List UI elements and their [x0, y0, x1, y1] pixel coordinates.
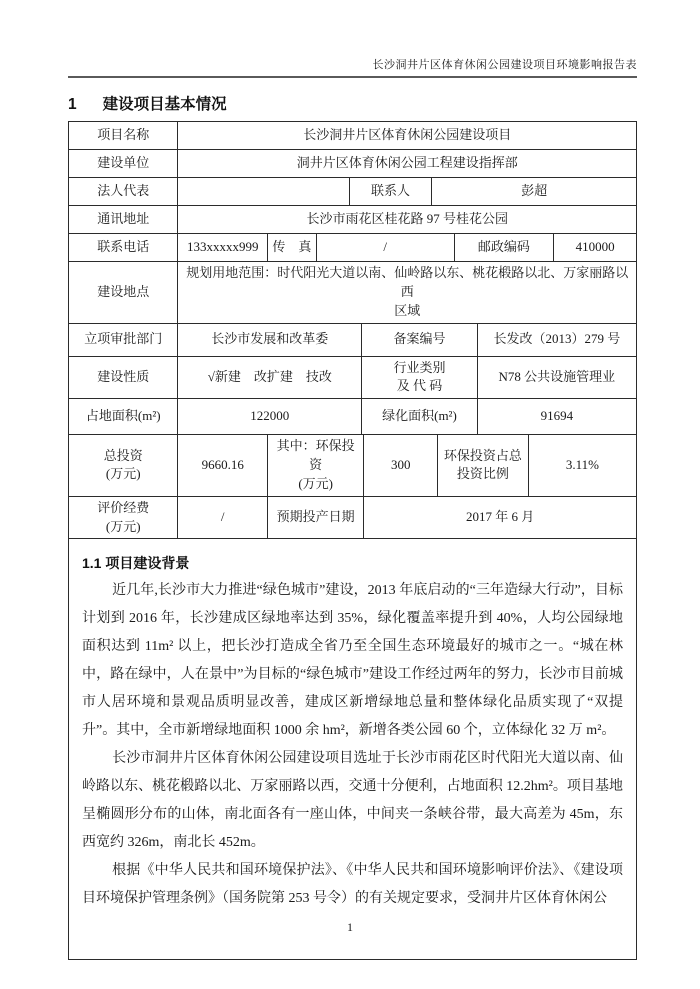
value-approval-department: 长沙市发展和改革委 [178, 324, 362, 357]
row-contact-phone: 联系电话 133xxxxx999 传 真 / 邮政编码 410000 [69, 234, 636, 262]
label-construction-site: 建设地点 [69, 262, 178, 324]
row-project-name: 项目名称 长沙洞井片区体育休闲公园建设项目 [69, 122, 636, 150]
value-record-number: 长发改（2013）279 号 [478, 324, 636, 357]
value-construction-nature: √新建 改扩建 技改 [178, 357, 362, 400]
row-construction-nature: 建设性质 √新建 改扩建 技改 行业类别 及 代 码 N78 公共设施管理业 [69, 357, 636, 400]
label-project-name: 项目名称 [69, 122, 178, 150]
section-number: 1 [68, 96, 77, 113]
page-header-title: 长沙洞井片区体育休闲公园建设项目环境影响报告表 [68, 56, 637, 78]
value-land-area: 122000 [178, 399, 362, 435]
label-expected-production-date: 预期投产日期 [268, 497, 364, 540]
row-construction-site: 建设地点 规划用地范围：时代阳光大道以南、仙岭路以东、桃花椴路以北、万家丽路以西… [69, 262, 636, 324]
value-industry-category: N78 公共设施管理业 [478, 357, 636, 400]
value-legal-representative [178, 178, 349, 206]
label-approval-department: 立项审批部门 [69, 324, 178, 357]
value-fax: / [317, 234, 455, 262]
label-total-investment: 总投资 (万元) [69, 435, 178, 497]
value-green-area: 91694 [478, 399, 636, 435]
row-total-investment: 总投资 (万元) 9660.16 其中：环保投资 (万元) 300 环保投资占总… [69, 435, 636, 497]
row-construction-unit: 建设单位 洞井片区体育休闲公园工程建设指挥部 [69, 150, 636, 178]
value-environmental-investment: 300 [364, 435, 438, 497]
value-contact-phone: 133xxxxx999 [178, 234, 268, 262]
value-mailing-address: 长沙市雨花区桂花路 97 号桂花公园 [178, 206, 636, 234]
label-environmental-investment-ratio: 环保投资占总 投资比例 [438, 435, 529, 497]
value-construction-site: 规划用地范围：时代阳光大道以南、仙岭路以东、桃花椴路以北、万家丽路以西 区域 [178, 262, 636, 324]
value-contact-person: 彭超 [432, 178, 636, 206]
value-total-investment: 9660.16 [178, 435, 268, 497]
value-construction-unit: 洞井片区体育休闲公园工程建设指挥部 [178, 150, 636, 178]
label-legal-representative: 法人代表 [69, 178, 178, 206]
row-land-area: 占地面积(m²) 122000 绿化面积(m²) 91694 [69, 399, 636, 435]
background-paragraph-2: 长沙市洞井片区体育休闲公园建设项目选址于长沙市雨花区时代阳光大道以南、仙岭路以东… [82, 745, 623, 857]
label-contact-phone: 联系电话 [69, 234, 178, 262]
label-green-area: 绿化面积(m²) [362, 399, 478, 435]
project-background-cell: 1.1 项目建设背景 近几年,长沙市大力推进“绿色城市”建设，2013 年底启动… [69, 539, 636, 959]
value-expected-production-date: 2017 年 6 月 [364, 497, 636, 540]
label-record-number: 备案编号 [362, 324, 478, 357]
label-industry-category: 行业类别 及 代 码 [362, 357, 478, 400]
label-construction-nature: 建设性质 [69, 357, 178, 400]
page-number: 1 [0, 920, 700, 935]
row-legal-representative: 法人代表 联系人 彭超 [69, 178, 636, 206]
document-page: 长沙洞井片区体育休闲公园建设项目环境影响报告表 1建设项目基本情况 项目名称 长… [0, 0, 700, 989]
label-contact-person: 联系人 [350, 178, 433, 206]
project-info-table: 项目名称 长沙洞井片区体育休闲公园建设项目 建设单位 洞井片区体育休闲公园工程建… [68, 121, 637, 960]
background-paragraph-3: 根据《中华人民共和国环境保护法》、《中华人民共和国环境影响评价法》、《建设项目环… [82, 857, 623, 913]
section-heading: 1建设项目基本情况 [68, 92, 637, 114]
background-heading: 1.1 项目建设背景 [82, 549, 623, 577]
label-environmental-investment: 其中：环保投资 (万元) [268, 435, 364, 497]
section-title: 建设项目基本情况 [103, 96, 227, 113]
background-paragraph-1: 近几年,长沙市大力推进“绿色城市”建设，2013 年底启动的“三年造绿大行动”，… [82, 577, 623, 745]
label-mailing-address: 通讯地址 [69, 206, 178, 234]
value-postal-code: 410000 [554, 234, 636, 262]
label-construction-unit: 建设单位 [69, 150, 178, 178]
row-approval-department: 立项审批部门 长沙市发展和改革委 备案编号 长发改（2013）279 号 [69, 324, 636, 357]
label-land-area: 占地面积(m²) [69, 399, 178, 435]
value-evaluation-fee: / [178, 497, 268, 540]
row-evaluation-fee: 评价经费 (万元) / 预期投产日期 2017 年 6 月 [69, 497, 636, 540]
label-fax: 传 真 [268, 234, 317, 262]
label-postal-code: 邮政编码 [455, 234, 555, 262]
label-evaluation-fee: 评价经费 (万元) [69, 497, 178, 540]
row-mailing-address: 通讯地址 长沙市雨花区桂花路 97 号桂花公园 [69, 206, 636, 234]
value-project-name: 长沙洞井片区体育休闲公园建设项目 [178, 122, 636, 150]
value-environmental-investment-ratio: 3.11% [529, 435, 636, 497]
